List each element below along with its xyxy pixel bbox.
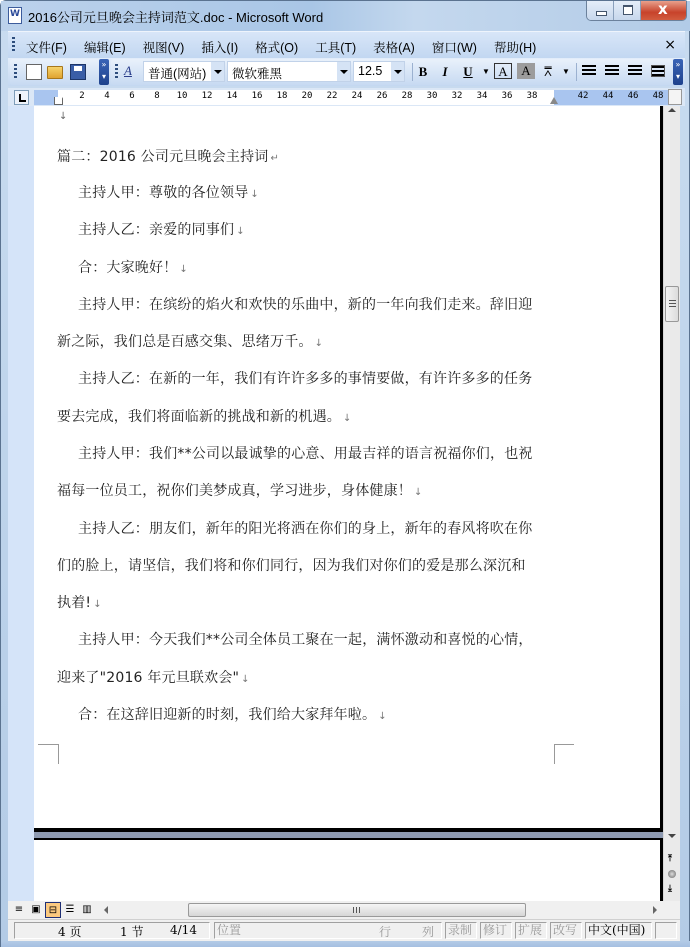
web-layout-view-icon[interactable]: ▣ (28, 902, 44, 918)
scroll-down-icon[interactable] (668, 834, 676, 838)
align-right-icon[interactable] (628, 65, 642, 77)
select-browse-object-icon[interactable] (668, 870, 676, 878)
word-doc-icon (8, 7, 22, 24)
chevron-down-icon[interactable] (211, 62, 224, 81)
toolbar-grip[interactable] (115, 64, 118, 80)
menu-bar: 文件(F) 编辑(E) 视图(V) 插入(I) 格式(O) 工具(T) 表格(A… (8, 31, 685, 58)
toolbar: »▾ A 普通(网站) 微软雅黑 12.5 B I U ▼ A A ⩞ ▼ »▾ (8, 58, 685, 86)
status-position: 位置 (214, 922, 442, 939)
horizontal-scroll-bar: ≡ ▣ ⊟ ☰ ▥ (8, 901, 680, 919)
menu-file[interactable]: 文件(F) (26, 37, 67, 57)
save-icon[interactable] (70, 64, 86, 80)
doc-line[interactable]: 福每一位员工，祝你们美梦成真，学习进步，身体健康！↓ (57, 480, 423, 500)
normal-view-icon[interactable]: ≡ (11, 902, 27, 918)
doc-line[interactable]: 主持人乙：在新的一年，我们有许许多多的事情要做，有许许多多的任务 (78, 368, 534, 388)
minimize-button[interactable] (587, 1, 614, 20)
window-controls (586, 1, 687, 21)
char-shading-icon[interactable]: A (517, 63, 535, 79)
toolbar-grip[interactable] (14, 64, 17, 80)
toolbar-grip[interactable] (12, 37, 15, 53)
toolbar-options-chevron[interactable]: »▾ (99, 59, 109, 85)
status-line: 行 (379, 923, 391, 940)
doc-line[interactable]: 迎来了"2016 年元旦联欢会"↓ (57, 667, 250, 687)
separator (412, 63, 413, 81)
crop-mark (58, 744, 59, 764)
menu-window[interactable]: 窗口(W) (432, 37, 477, 57)
standard-toolbar (10, 59, 102, 85)
close-document-icon[interactable]: × (664, 37, 676, 53)
menu-format[interactable]: 格式(O) (255, 37, 298, 57)
separator (576, 63, 577, 81)
scroll-up-icon[interactable] (668, 108, 676, 112)
menu-help[interactable]: 帮助(H) (494, 37, 536, 57)
asian-layout-dropdown-icon[interactable]: ▼ (557, 63, 575, 81)
close-button[interactable] (641, 1, 686, 20)
page-break-gap (34, 828, 663, 840)
paragraph-mark: ↓ (59, 111, 67, 122)
doc-line[interactable]: 们的脸上，请坚信，我们将和你们同行，因为我们对你们的爱是那么深沉和 (57, 555, 528, 575)
underline-dropdown-icon[interactable]: ▼ (477, 63, 495, 81)
previous-page-icon[interactable]: ⤒ (668, 854, 672, 864)
italic-icon[interactable]: I (436, 63, 454, 81)
char-border-icon[interactable]: A (494, 63, 512, 79)
chevron-down-icon[interactable] (337, 62, 350, 81)
status-record[interactable]: 录制 (445, 922, 477, 939)
scroll-left-icon[interactable] (104, 906, 108, 914)
doc-line[interactable]: 主持人乙：亲爱的同事们↓ (78, 219, 245, 239)
font-select[interactable]: 微软雅黑 (227, 61, 351, 82)
align-center-icon[interactable] (605, 65, 619, 77)
split-box[interactable] (668, 89, 682, 105)
word-window: 2016公司元旦晚会主持词范文.doc - Microsoft Word 文件(… (0, 0, 690, 947)
doc-line[interactable]: 主持人甲：我们**公司以最诚挚的心意、用最吉祥的语言祝福你们，也祝 (78, 443, 535, 463)
new-doc-icon[interactable] (26, 64, 42, 80)
doc-line[interactable]: 执着!↓ (57, 592, 102, 612)
reading-layout-view-icon[interactable]: ▥ (79, 902, 95, 918)
title-bar: 2016公司元旦晚会主持词范文.doc - Microsoft Word (1, 1, 690, 31)
doc-line[interactable]: 主持人甲：今天我们**公司全体员工聚在一起，满怀激动和喜悦的心情， (78, 629, 535, 649)
menu-table[interactable]: 表格(A) (373, 37, 415, 57)
doc-line[interactable]: 主持人甲：在缤纷的焰火和欢快的乐曲中，新的一年向我们走来。辞旧迎 (78, 294, 534, 314)
doc-line[interactable]: 要去完成，我们将面临新的挑战和新的机遇。↓ (57, 406, 352, 426)
open-folder-icon[interactable] (47, 66, 63, 79)
vertical-scroll-thumb[interactable] (665, 286, 679, 322)
doc-line[interactable]: 合：大家晚好！↓ (78, 257, 188, 277)
menu-tools[interactable]: 工具(T) (315, 37, 356, 57)
doc-line[interactable]: 主持人乙：朋友们，新年的阳光将洒在你们的身上，新年的春风将吹在你 (78, 518, 534, 538)
doc-heading[interactable]: 篇二：2016 公司元旦晚会主持词↵ (57, 146, 279, 166)
style-select[interactable]: 普通(网站) (143, 61, 225, 82)
window-title: 2016公司元旦晚会主持词范文.doc - Microsoft Word (28, 7, 323, 26)
print-layout-view-icon[interactable]: ⊟ (45, 902, 61, 918)
resize-grip[interactable] (655, 922, 677, 939)
next-page[interactable] (34, 840, 663, 901)
font-size-select[interactable]: 12.5 (353, 61, 405, 82)
vertical-scrollbar[interactable]: ⤒ ⤓ (663, 106, 680, 901)
window-frame-bottom (1, 941, 690, 947)
toolbar-options-chevron[interactable]: »▾ (673, 59, 683, 85)
status-page: 4 页 (58, 923, 81, 940)
chevron-down-icon[interactable] (391, 62, 404, 81)
crop-mark (554, 744, 574, 745)
status-track-changes[interactable]: 修订 (480, 922, 512, 939)
status-overtype[interactable]: 改写 (550, 922, 582, 939)
doc-line[interactable]: 合：在这辞旧迎新的时刻，我们给大家拜年啦。↓ (78, 704, 387, 724)
status-extend[interactable]: 扩展 (515, 922, 547, 939)
horizontal-ruler[interactable]: 2 4 6 8 10 12 14 16 18 20 22 24 26 28 30… (34, 90, 672, 105)
horizontal-scroll-thumb[interactable] (188, 903, 526, 917)
menu-insert[interactable]: 插入(I) (201, 37, 238, 57)
crop-mark (38, 744, 58, 745)
menu-edit[interactable]: 编辑(E) (84, 37, 126, 57)
distributed-icon[interactable] (651, 65, 665, 77)
crop-mark (554, 744, 555, 764)
outline-view-icon[interactable]: ☰ (62, 902, 78, 918)
align-justify-icon[interactable] (582, 65, 596, 77)
status-bar: 4 页 1 节 4/14 位置 行 列 录制 修订 扩展 改写 中文(中国) (8, 919, 680, 941)
asian-layout-icon[interactable]: ⩞ (539, 63, 557, 81)
status-column: 列 (422, 923, 434, 940)
scroll-right-icon[interactable] (653, 906, 657, 914)
tab-selector-icon[interactable] (14, 90, 29, 105)
menu-view[interactable]: 视图(V) (143, 37, 185, 57)
first-line-indent-marker[interactable] (54, 97, 63, 105)
doc-line[interactable]: 新之际，我们总是百感交集、思绪万千。↓ (57, 331, 323, 351)
doc-line[interactable]: 主持人甲：尊敬的各位领导↓ (78, 182, 259, 202)
maximize-button[interactable] (614, 1, 641, 20)
right-indent-marker[interactable] (550, 97, 558, 104)
ruler-row: 2 4 6 8 10 12 14 16 18 20 22 24 26 28 30… (8, 88, 685, 106)
next-page-icon[interactable]: ⤓ (668, 884, 672, 894)
underline-icon[interactable]: U (459, 63, 477, 81)
styles-icon[interactable]: A (124, 63, 132, 79)
bold-icon[interactable]: B (414, 63, 432, 81)
status-language[interactable]: 中文(中国) (585, 922, 652, 939)
status-page-of: 4/14 (170, 923, 197, 937)
status-section: 1 节 (120, 923, 143, 940)
